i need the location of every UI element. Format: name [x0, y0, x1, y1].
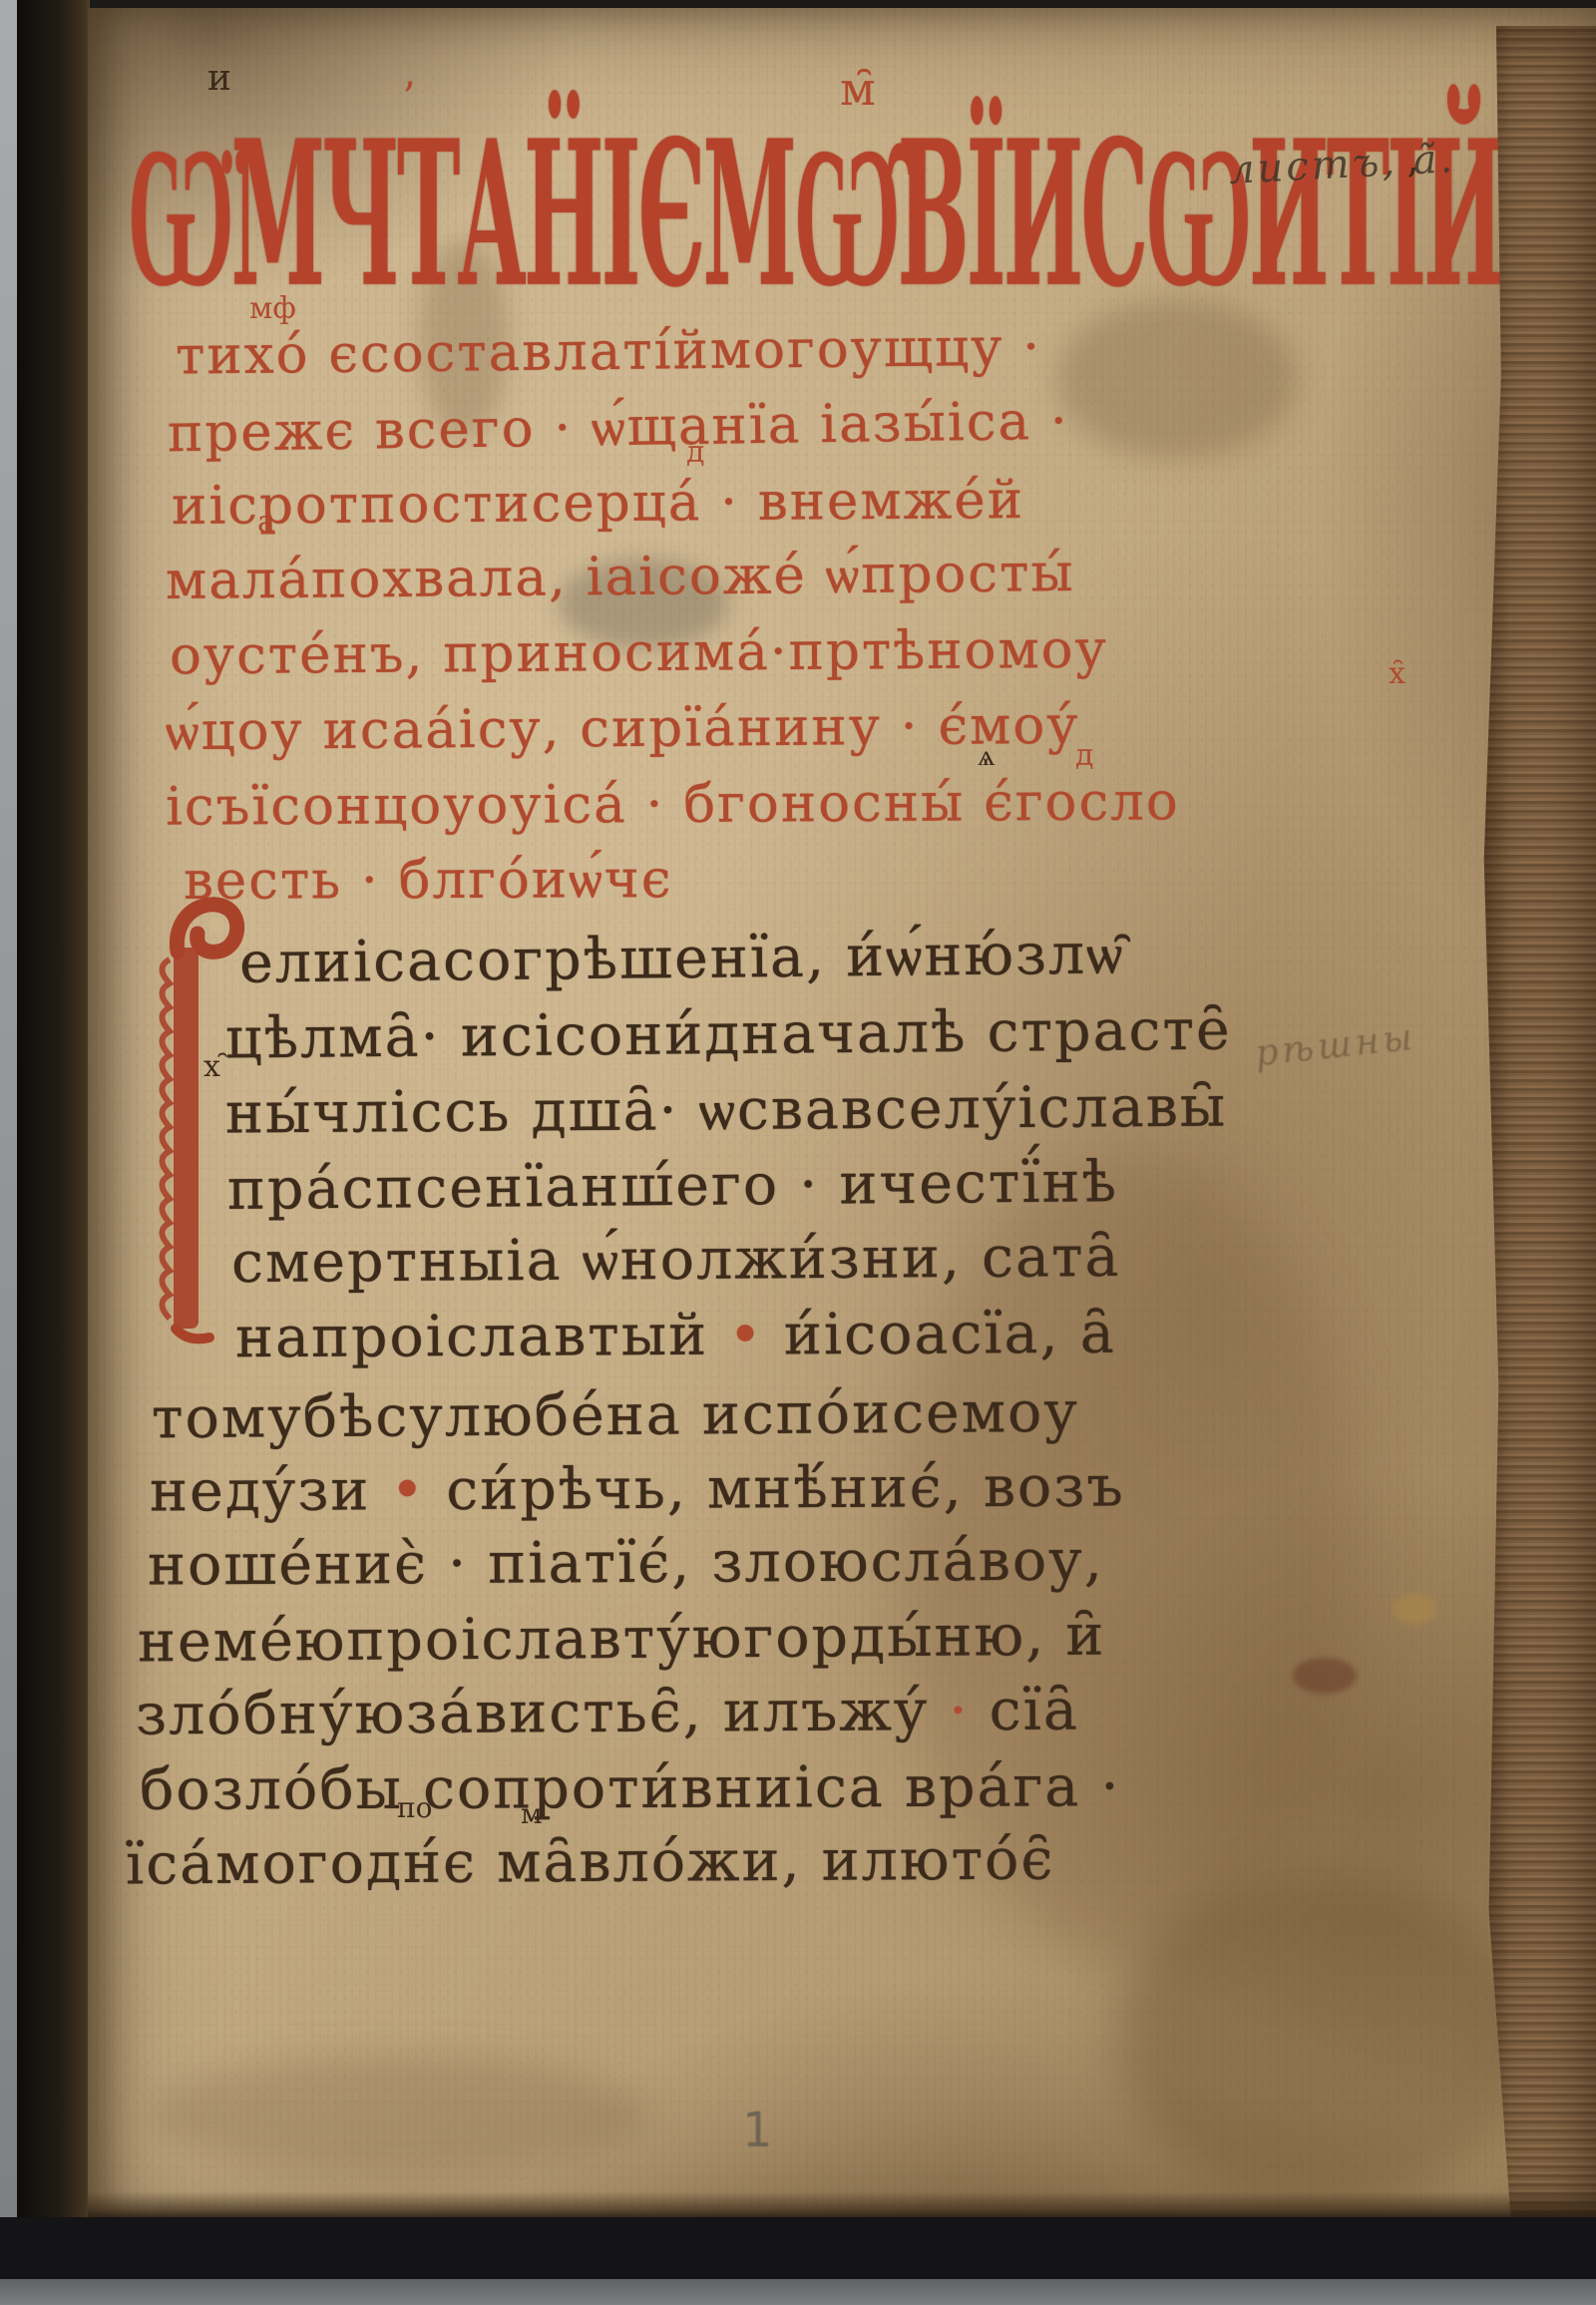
- ink-mark: м̑: [840, 62, 876, 116]
- ink-mark: и: [207, 58, 231, 99]
- manuscript-scan: Ѡ̈МЧТАН̈ІЄМѠ̑ВЇИСѠИТІЙ листъ, а̃. тихо́ …: [0, 0, 1596, 2305]
- rubric-line: тихо́ єсоставлаті́ймогоущцу ·: [176, 316, 1042, 386]
- ink-mark: д: [1075, 738, 1093, 773]
- red-ink-dot: •: [390, 1457, 426, 1523]
- rubric-line: весть · блго́иѡ́чє: [184, 849, 673, 912]
- ink-mark: м: [521, 1797, 543, 1830]
- scan-edge-bottom: [0, 2217, 1596, 2279]
- body-line: пра́спсенїанш́его · ичестї́нѣ: [227, 1149, 1118, 1223]
- ink-mark: ʼ: [401, 74, 414, 123]
- ink-mark: х ̑: [203, 1049, 229, 1084]
- body-line: неме́юпроіславту́югорды́ню, и̑: [138, 1603, 1106, 1676]
- vyaz-title: Ѡ̈МЧТАН̈ІЄМѠ̑ВЇИСѠИТІЙ: [128, 96, 1501, 331]
- scanner-edge-bottom: [0, 2279, 1596, 2305]
- red-ink-dot: ·: [949, 1678, 969, 1743]
- book-spine: [17, 0, 95, 2305]
- rubric-line: оусте́нъ, приносима́·пртѣномоу: [170, 619, 1108, 687]
- body-line: цѣлма̑· исісони́дначалѣ страсте̑: [225, 997, 1232, 1072]
- body-line: їса́могодн́є ма̑вло́жи, илюто́є̑: [126, 1827, 1055, 1898]
- body-line: елиісасогрѣшенїа, и́ѡ́ню́злѡ̑: [239, 921, 1125, 995]
- body-line: ны́чліссь дша̑· ѡсвавселу́іславы̑: [225, 1073, 1228, 1146]
- ink-mark: х̑: [1389, 656, 1405, 691]
- rubric-line: ѡ́цоу исаа́ісу, сирїа́нину · є́моу́: [166, 695, 1080, 762]
- rubric-line: прежє всего · ѡ́щанїа іазы́іса ·: [168, 391, 1069, 465]
- scanner-edge-left: [0, 0, 17, 2305]
- body-line: томубѣсулюбе́на испо́исемоу: [152, 1379, 1079, 1451]
- body-line: смертныіа ѡ́нолжи́зни, сата̑: [231, 1224, 1121, 1296]
- body-line: зло́бну́юза́вистьє̑, илъжу́ · сїа̑: [136, 1678, 1079, 1748]
- body-line: напроіславтый • и́ісоасїа, а̑: [235, 1301, 1116, 1371]
- body-line: ноше́ниє̀ · піатїє́, злоюсла́воу,: [148, 1527, 1104, 1598]
- body-line: неду́зи • си́рѣчь, мнѣ́ниє́, возъ: [150, 1453, 1125, 1524]
- ink-mark: по: [397, 1791, 433, 1824]
- rubric-line: мала́похвала, іаісоже́ ѡ́просты́: [166, 543, 1075, 611]
- ink-mark: ʼ: [1404, 162, 1417, 207]
- ink-mark: д: [686, 435, 704, 470]
- pencil-page-number: 1: [742, 2103, 773, 2158]
- ink-mark: а: [257, 505, 275, 540]
- ink-mark: мф: [249, 291, 296, 326]
- ink-mark: ѧ: [978, 738, 996, 773]
- body-line: бозло́бы сопроти́вниіса вра́га ·: [140, 1753, 1121, 1822]
- rubric-line: иісротпостисерца́ · внемже́й: [172, 470, 1024, 537]
- rubric-line: ісъїсонцоуоуіса́ · бгоносны́ є́госло: [166, 771, 1180, 837]
- red-ink-dot: •: [728, 1303, 764, 1368]
